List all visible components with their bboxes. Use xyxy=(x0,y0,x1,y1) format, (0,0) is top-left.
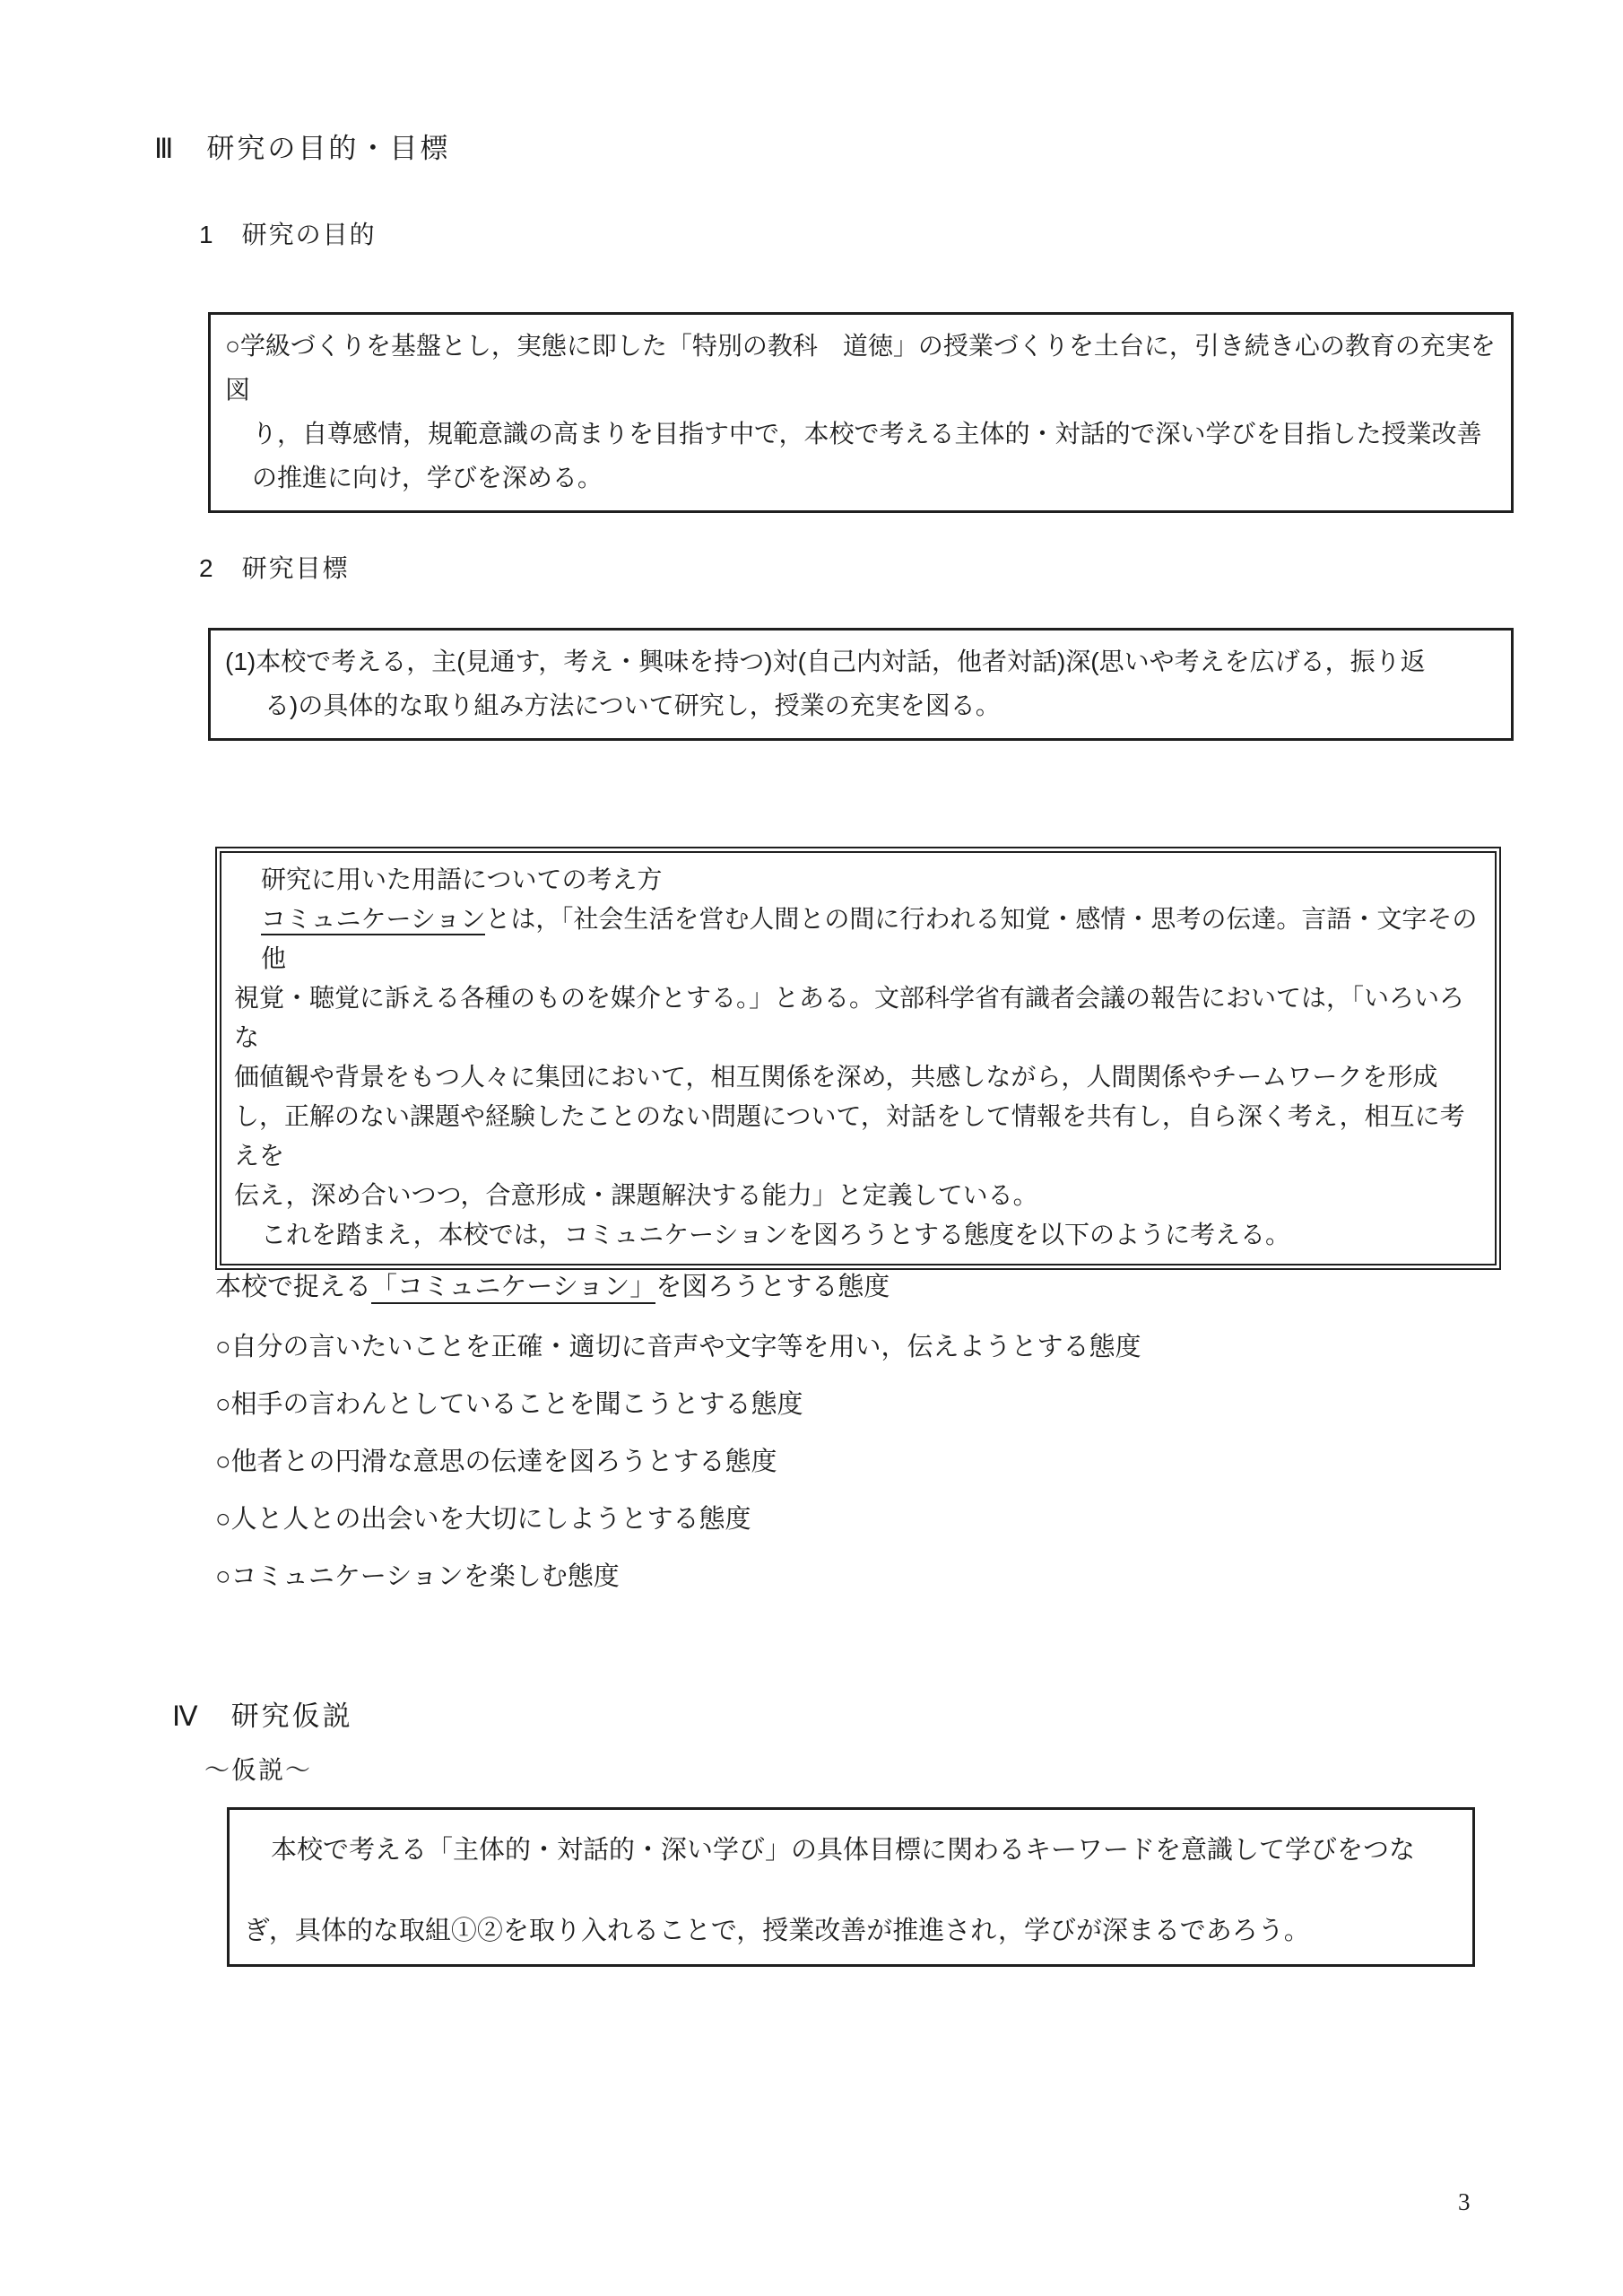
attitude-item: ○自分の言いたいことを正確・適切に音声や文字等を用い，伝えようとする態度 xyxy=(215,1329,1141,1365)
terms-line: 伝え，深め合いつつ，合意形成・課題解決する能力」と定義している。 xyxy=(234,1176,1482,1215)
attitudes-heading-prefix: 本校で捉える xyxy=(215,1273,371,1301)
goals-box: (1)本校で考える，主(見通す，考え・興味を持つ)対(自己内対話，他者対話)深(… xyxy=(208,628,1514,741)
terms-box: 研究に用いた用語についての考え方 コミュニケーションとは，「社会生活を営む人間と… xyxy=(215,847,1501,1270)
terms-definition-line: コミュニケーションとは，「社会生活を営む人間との間に行われる知覚・感情・思考の伝… xyxy=(234,900,1482,978)
purpose-heading: 1 研究の目的 xyxy=(199,215,377,251)
terms-closing-line: これを踏まえ，本校では，コミュニケーションを図ろうとする態度を以下のように考える… xyxy=(234,1215,1482,1255)
terms-line: し，正解のない課題や経験したことのない問題について，対話をして情報を共有し，自ら… xyxy=(234,1097,1482,1176)
section3-heading: Ⅲ 研究の目的・目標 xyxy=(154,126,450,166)
purpose-line: の推進に向け，学びを深める。 xyxy=(225,456,1497,500)
hypothesis-line: ぎ，具体的な取組①②を取り入れることで，授業改善が推進され，学びが深まるであろう… xyxy=(244,1910,1458,1952)
hypothesis-box: 本校で考える「主体的・対話的・深い学び」の具体目標に関わるキーワードを意識して学… xyxy=(227,1807,1475,1967)
purpose-box: ○学級づくりを基盤とし，実態に即した「特別の教科 道徳」の授業づくりを土台に，引… xyxy=(208,312,1514,513)
attitude-item: ○他者との円滑な意思の伝達を図ろうとする態度 xyxy=(215,1444,1141,1480)
goals-line: (1)本校で考える，主(見通す，考え・興味を持つ)対(自己内対話，他者対話)深(… xyxy=(225,639,1497,683)
attitude-item: ○相手の言わんとしていることを聞こうとする態度 xyxy=(215,1387,1141,1422)
underlined-term: コミュニケーション xyxy=(261,905,485,935)
section4-heading: Ⅳ 研究仮説 xyxy=(172,1693,353,1734)
attitudes-list: ○自分の言いたいことを正確・適切に音声や文字等を用い，伝えようとする態度 ○相手… xyxy=(215,1329,1141,1616)
document-page: Ⅲ 研究の目的・目標 1 研究の目的 ○学級づくりを基盤とし，実態に即した「特別… xyxy=(0,0,1623,2296)
purpose-line: り，自尊感情，規範意識の高まりを目指す中で，本校で考える主体的・対話的で深い学び… xyxy=(225,412,1497,456)
goals-heading: 2 研究目標 xyxy=(199,549,350,585)
page-number: 3 xyxy=(1458,2188,1471,2216)
terms-line: 価値観や背景をもつ人々に集団において，相互関係を深め，共感しながら，人間関係やチ… xyxy=(234,1057,1482,1097)
hypothesis-subheading: ～仮説～ xyxy=(204,1751,312,1787)
attitude-item: ○人と人との出会いを大切にしようとする態度 xyxy=(215,1501,1141,1537)
attitude-item: ○コミュニケーションを楽しむ態度 xyxy=(215,1559,1141,1595)
attitudes-heading: 本校で捉える「コミュニケーション」を図ろうとする態度 xyxy=(215,1266,890,1303)
attitudes-heading-suffix: を図ろうとする態度 xyxy=(655,1273,890,1301)
hypothesis-line: 本校で考える「主体的・対話的・深い学び」の具体目標に関わるキーワードを意識して学… xyxy=(244,1830,1458,1871)
terms-line: 視覚・聴覚に訴える各種のものを媒介とする。」とある。文部科学省有識者会議の報告に… xyxy=(234,978,1482,1057)
terms-box-title: 研究に用いた用語についての考え方 xyxy=(234,860,1482,900)
goals-line: る)の具体的な取り組み方法について研究し，授業の充実を図る。 xyxy=(225,683,1497,727)
purpose-line: ○学級づくりを基盤とし，実態に即した「特別の教科 道徳」の授業づくりを土台に，引… xyxy=(225,324,1497,412)
attitudes-heading-underlined: 「コミュニケーション」 xyxy=(371,1273,655,1304)
